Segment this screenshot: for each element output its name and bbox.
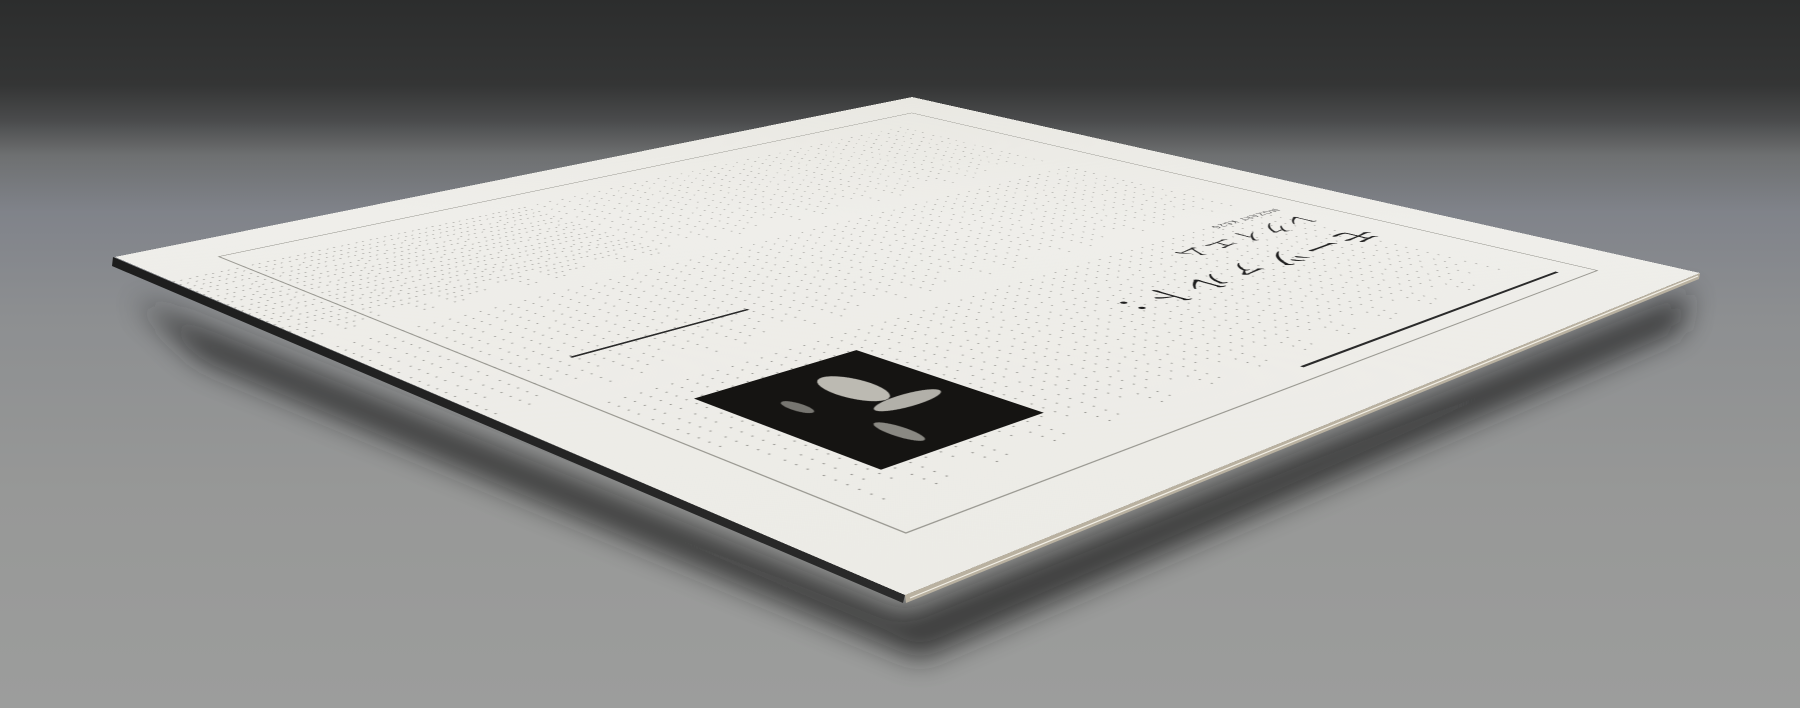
photo-scene: ・・・・ ・・・・・ ・・・ ・・・・・・ ・・・・ ・・ ・・・・・ ・・・・… [0, 0, 1800, 708]
